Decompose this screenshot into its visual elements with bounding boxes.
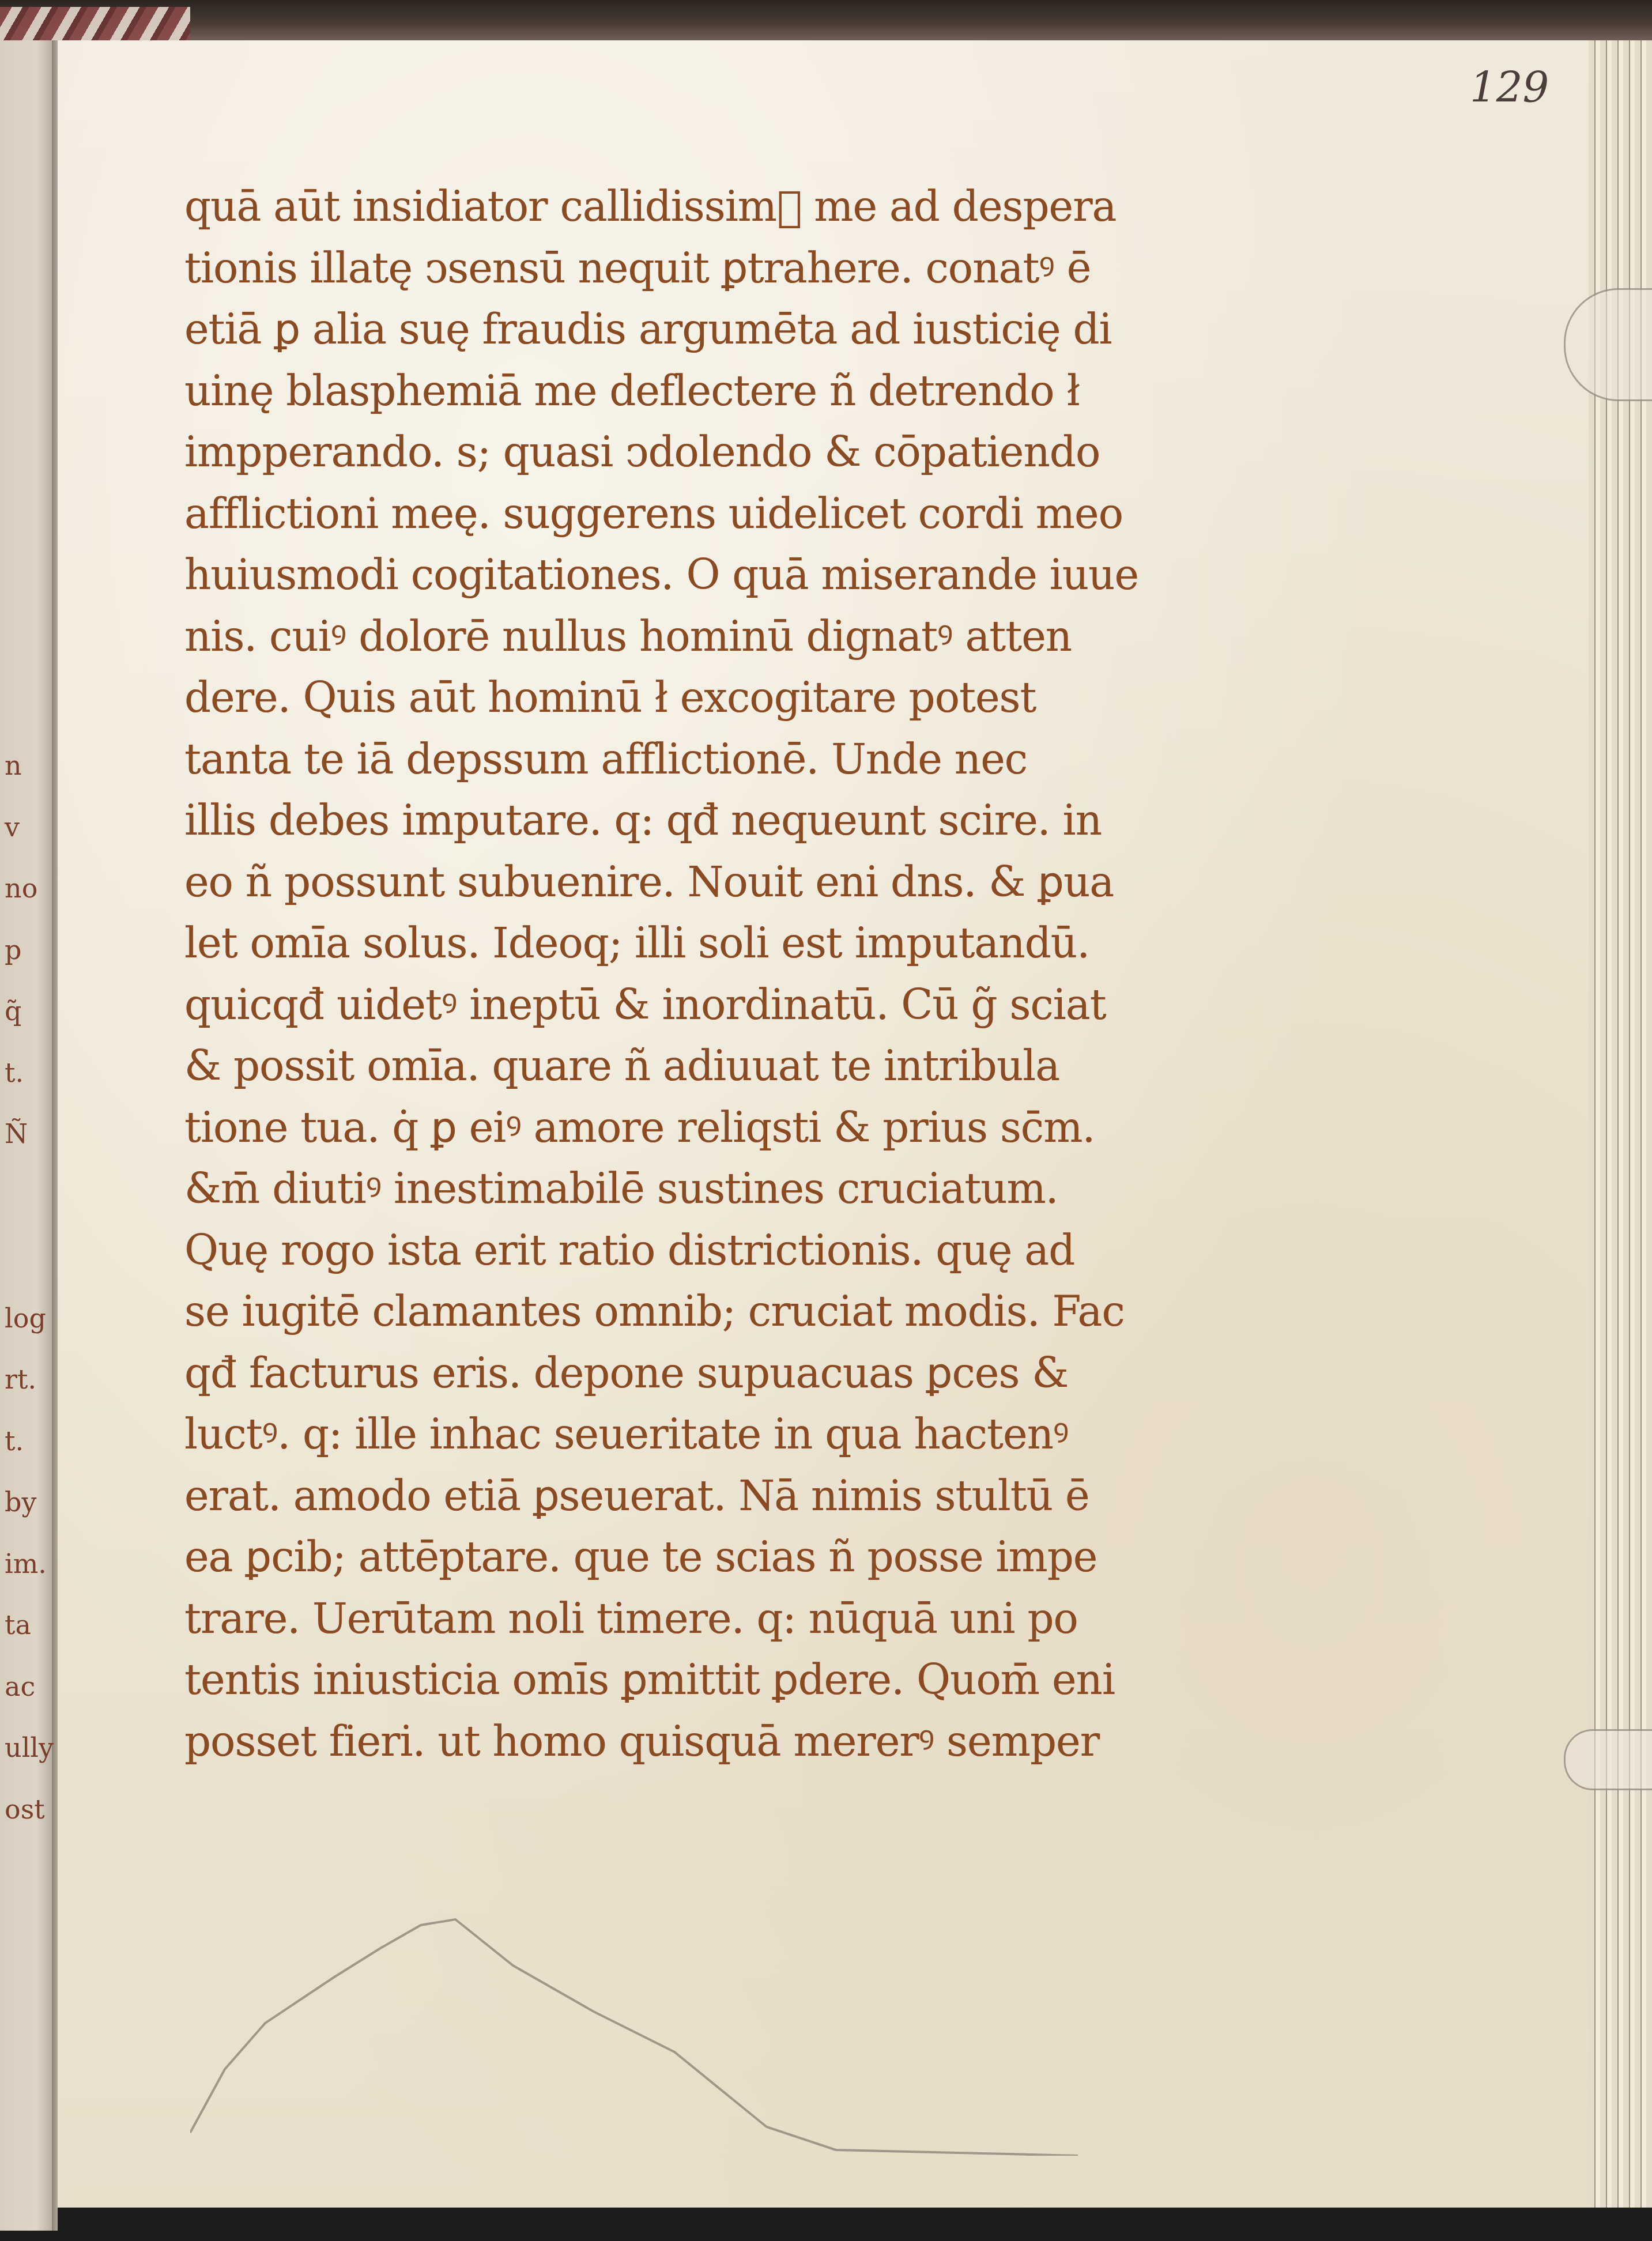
fragment: ac xyxy=(5,1656,56,1718)
text-line: & possit omīa. quare ñ adiuuat te intrib… xyxy=(184,1035,1297,1097)
text-line: se iugitē clamantes omnib; cruciat modis… xyxy=(184,1281,1297,1342)
fragment xyxy=(5,1165,56,1227)
fragment: p xyxy=(5,919,56,981)
manuscript-text-block: quā aūt insidiator callidissim᷒ me ad de… xyxy=(184,176,1297,1772)
fragment: q̃ xyxy=(5,980,56,1042)
fragment: n xyxy=(5,735,56,797)
text-line: quā aūt insidiator callidissim᷒ me ad de… xyxy=(184,176,1297,237)
text-line: afflictioni meę. suggerens uidelicet cor… xyxy=(184,483,1297,545)
text-line: impperando. s; quasi ↄdolendo & cōpatien… xyxy=(184,421,1297,483)
fragment: v xyxy=(5,797,56,858)
text-line: uinę blasphemiā me deflectere ñ detrendo… xyxy=(184,360,1297,422)
text-line: let omīa solus. Ideoq; illi soli est imp… xyxy=(184,912,1297,974)
book-binding-top xyxy=(0,0,1652,40)
fragment: by xyxy=(5,1472,56,1533)
text-line: quicqđ uidetꝰ ineptū & inordinatū. Cū g̃… xyxy=(184,974,1297,1036)
left-page-text-fragments: n v no p q̃ t. Ñ log rt. t. by im. ta ac… xyxy=(5,735,56,1840)
text-line: etiā ꝑ alia suę fraudis argumēta ad iust… xyxy=(184,299,1297,360)
text-line: erat. amodo etiā ꝑseuerat. Nā nimis stul… xyxy=(184,1465,1297,1527)
text-line: eo ñ possunt subuenire. Nouit eni dns. &… xyxy=(184,851,1297,913)
fragment: log xyxy=(5,1288,56,1349)
fragment: no xyxy=(5,858,56,919)
fragment: Ñ xyxy=(5,1103,56,1165)
book-bottom-shadow xyxy=(58,2208,1652,2241)
fragment: rt. xyxy=(5,1349,56,1410)
text-line: ea ꝑcib; attēptare. que te scias ñ posse… xyxy=(184,1526,1297,1588)
fragment: ost xyxy=(5,1779,56,1840)
fragment: t. xyxy=(5,1042,56,1104)
text-line: nis. cuiꝰ dolorē nullus hominū dignatꝰ a… xyxy=(184,606,1297,667)
text-line: qđ facturus eris. depone supuacuas ꝑces … xyxy=(184,1342,1297,1404)
text-line: tione tua. q̇ ꝑ eiꝰ amore reliqsti & pri… xyxy=(184,1097,1297,1159)
text-line: huiusmodi cogitationes. O quā miserande … xyxy=(184,544,1297,606)
text-line: luctꝰ. q: ille inhac seueritate in qua h… xyxy=(184,1404,1297,1465)
parchment-repair-seam xyxy=(190,1879,1089,2156)
fragment xyxy=(5,1226,56,1288)
folio-number: 129 xyxy=(1470,63,1549,112)
text-line: tentis iniusticia omīs ꝑmittit ꝑdere. Qu… xyxy=(184,1649,1297,1711)
text-line: trare. Uerūtam noli timere. q: nūquā uni… xyxy=(184,1588,1297,1650)
text-line: tanta te iā depssum afflictionē. Unde ne… xyxy=(184,729,1297,790)
fragment: ully xyxy=(5,1717,56,1779)
text-line: illis debes imputare. q: qđ nequeunt sci… xyxy=(184,790,1297,851)
fragment: t. xyxy=(5,1410,56,1472)
text-line: tionis illatę ↄsensū nequit ꝑtrahere. co… xyxy=(184,237,1297,299)
fragment: im. xyxy=(5,1533,56,1595)
fragment: ta xyxy=(5,1594,56,1656)
page-tab-lower xyxy=(1564,1729,1652,1790)
text-line: dere. Quis aūt hominū ł excogitare potes… xyxy=(184,667,1297,729)
text-line: posset fieri. ut homo quisquā mererꝰ sem… xyxy=(184,1711,1297,1772)
text-line: Quę rogo ista erit ratio districtionis. … xyxy=(184,1220,1297,1281)
text-line: &m̄ diutiꝰ inestimabilē sustines cruciat… xyxy=(184,1158,1297,1220)
